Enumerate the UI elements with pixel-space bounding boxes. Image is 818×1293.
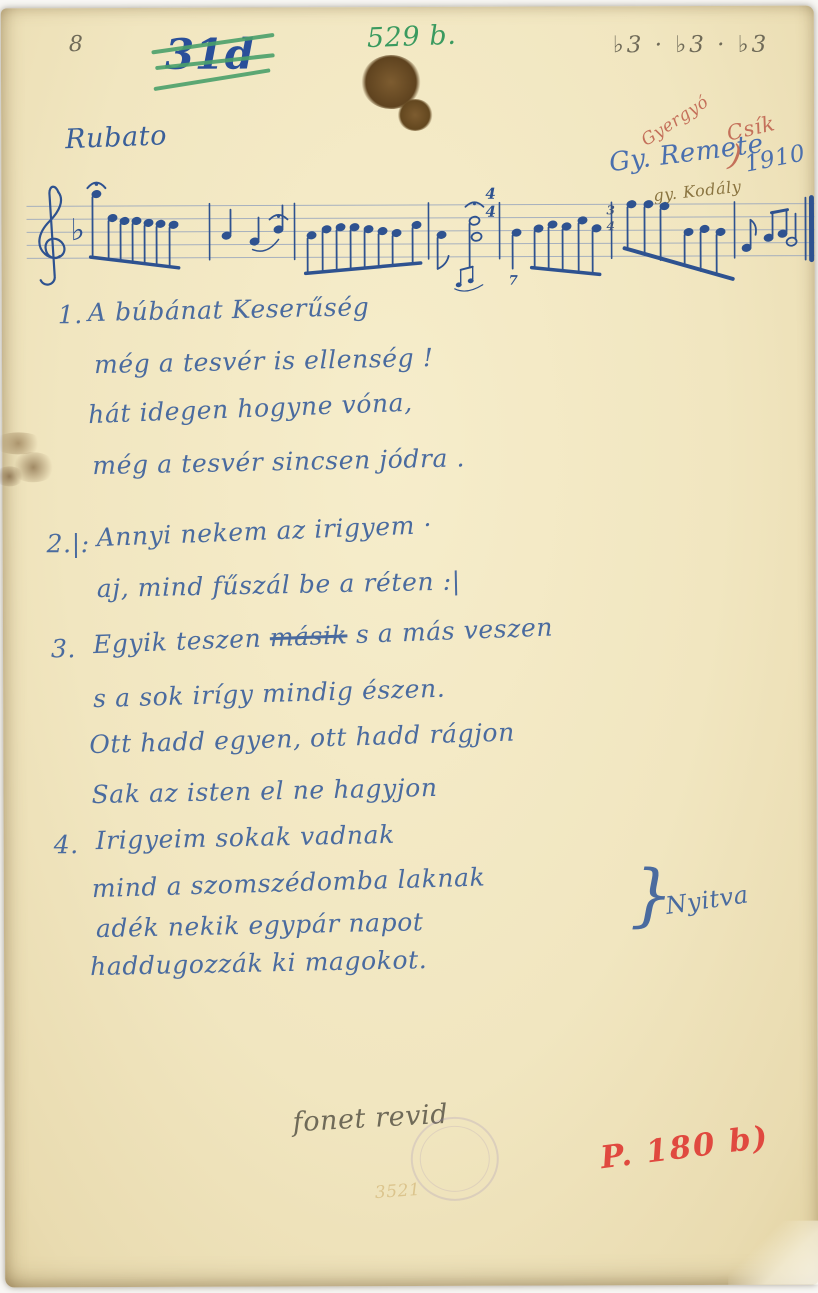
svg-text:♭: ♭ bbox=[70, 213, 84, 248]
verse-number: 4. bbox=[54, 830, 79, 859]
verse-number: 1. bbox=[58, 300, 83, 329]
archive-stamp-inner-ring bbox=[420, 1126, 490, 1192]
lyric-line: még a tesvér sincsen jódra . bbox=[92, 443, 465, 480]
lyric-line: A búbánat Keserűség bbox=[88, 292, 370, 327]
paper-stain bbox=[0, 432, 44, 454]
lyric-line: Ott hadd egyen, ott hadd rágjon bbox=[89, 717, 515, 759]
lyric-segment: s a más veszen bbox=[347, 612, 554, 649]
lyric-line: hát idegen hogyne vóna, bbox=[88, 388, 414, 429]
lyric-line: haddugozzák ki magokot. bbox=[90, 945, 428, 981]
verse-number: 2.|: bbox=[47, 529, 90, 558]
svg-text:3: 3 bbox=[606, 203, 614, 217]
paper-stain bbox=[0, 466, 24, 486]
lyric-line: s a sok irígy mindig észen. bbox=[93, 674, 446, 713]
lyric-line: Egyik teszen másik s a más veszen bbox=[92, 612, 553, 659]
lyric-line: Sak az isten el ne hagyjon bbox=[91, 773, 438, 809]
cadence-formula: ♭3 · ♭3 · ♭3 bbox=[613, 32, 769, 59]
music-staff-svg: 44734♭ bbox=[26, 176, 814, 311]
tempo-marking: Rubato bbox=[65, 120, 168, 155]
svg-text:7: 7 bbox=[509, 274, 518, 289]
lyric-line: aj, mind fűszál be a réten :| bbox=[96, 566, 461, 603]
lyric-segment: Egyik teszen bbox=[92, 623, 270, 659]
scanned-manuscript-page: { "colors": { "paper": "#f2e8c5", "lyric… bbox=[0, 0, 818, 1293]
manuscript-paper: 8 31d 529 b. ♭3 · ♭3 · ♭3 Rubato Gyergyó… bbox=[1, 6, 818, 1288]
archive-stamp bbox=[411, 1117, 499, 1201]
lyric-line: adék nekik egypár napot bbox=[96, 907, 424, 943]
lyric-line: még a tesvér is ellenség ! bbox=[94, 343, 434, 379]
svg-text:4: 4 bbox=[485, 185, 496, 203]
faint-number: 3521 bbox=[374, 1180, 421, 1203]
lyric-line: Irigyeim sokak vadnak bbox=[95, 820, 395, 855]
verse-number: 3. bbox=[51, 634, 76, 663]
struck-word: másik bbox=[269, 620, 348, 652]
svg-text:4: 4 bbox=[607, 219, 615, 233]
old-number-crossed: 31d bbox=[151, 25, 281, 91]
page-number: 8 bbox=[69, 32, 84, 57]
catalog-number: 529 b. bbox=[366, 20, 457, 54]
lyric-line: Annyi nekem az irigyem · bbox=[96, 510, 433, 552]
lyric-line: mind a szomszédomba laknak bbox=[91, 862, 485, 903]
ink-stain bbox=[397, 99, 433, 131]
corner-fold bbox=[728, 1221, 818, 1285]
svg-text:4: 4 bbox=[485, 203, 496, 221]
inventory-number-red: P. 180 b) bbox=[599, 1119, 772, 1176]
margin-note: Nyitva bbox=[664, 880, 751, 920]
